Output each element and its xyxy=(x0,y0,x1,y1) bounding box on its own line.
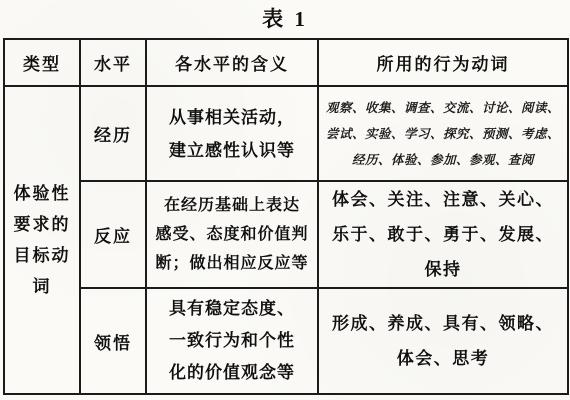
meaning-cell: 具有稳定态度、 一致行为和个性 化的价值观念等 xyxy=(146,288,318,394)
level-cell: 反应 xyxy=(80,181,146,288)
header-cell-meaning: 各水平的含义 xyxy=(146,39,318,86)
table-row: 领悟 具有稳定态度、 一致行为和个性 化的价值观念等 形成、养成、具有、领略、 … xyxy=(4,288,568,394)
meaning-cell: 在经历基础上表达 感受、态度和价值判 断；做出相应反应等 xyxy=(146,181,318,288)
table-title: 表 1 xyxy=(0,0,570,38)
table-row: 体验性 要求的 目标动 词 经历 从事相关活动， 建立感性认识等 观察、收集、调… xyxy=(4,86,568,181)
level-cell: 领悟 xyxy=(80,288,146,394)
header-cell-level: 水平 xyxy=(80,39,146,86)
levels-table: 类型 水平 各水平的含义 所用的行为动词 体验性 要求的 目标动 词 经历 从事… xyxy=(3,38,569,395)
verbs-cell: 形成、养成、具有、领略、 体会、思考 xyxy=(318,288,568,394)
header-cell-type: 类型 xyxy=(4,39,80,86)
meaning-cell: 从事相关活动， 建立感性认识等 xyxy=(146,86,318,181)
category-cell: 体验性 要求的 目标动 词 xyxy=(4,86,80,394)
table-row: 反应 在经历基础上表达 感受、态度和价值判 断；做出相应反应等 体会、关注、注意… xyxy=(4,181,568,288)
header-row: 类型 水平 各水平的含义 所用的行为动词 xyxy=(4,39,568,86)
header-cell-verbs: 所用的行为动词 xyxy=(318,39,568,86)
scanned-page: 表 1 类型 水平 各水平的含义 所用的行为动词 体验性 要求的 目标动 词 经… xyxy=(0,0,570,400)
verbs-cell: 体会、关注、注意、关心、 乐于、敢于、勇于、发展、 保持 xyxy=(318,181,568,288)
level-cell: 经历 xyxy=(80,86,146,181)
verbs-cell: 观察、收集、调查、交流、讨论、阅读、 尝试、实验、学习、探究、预测、考虑、 经历… xyxy=(318,86,568,181)
